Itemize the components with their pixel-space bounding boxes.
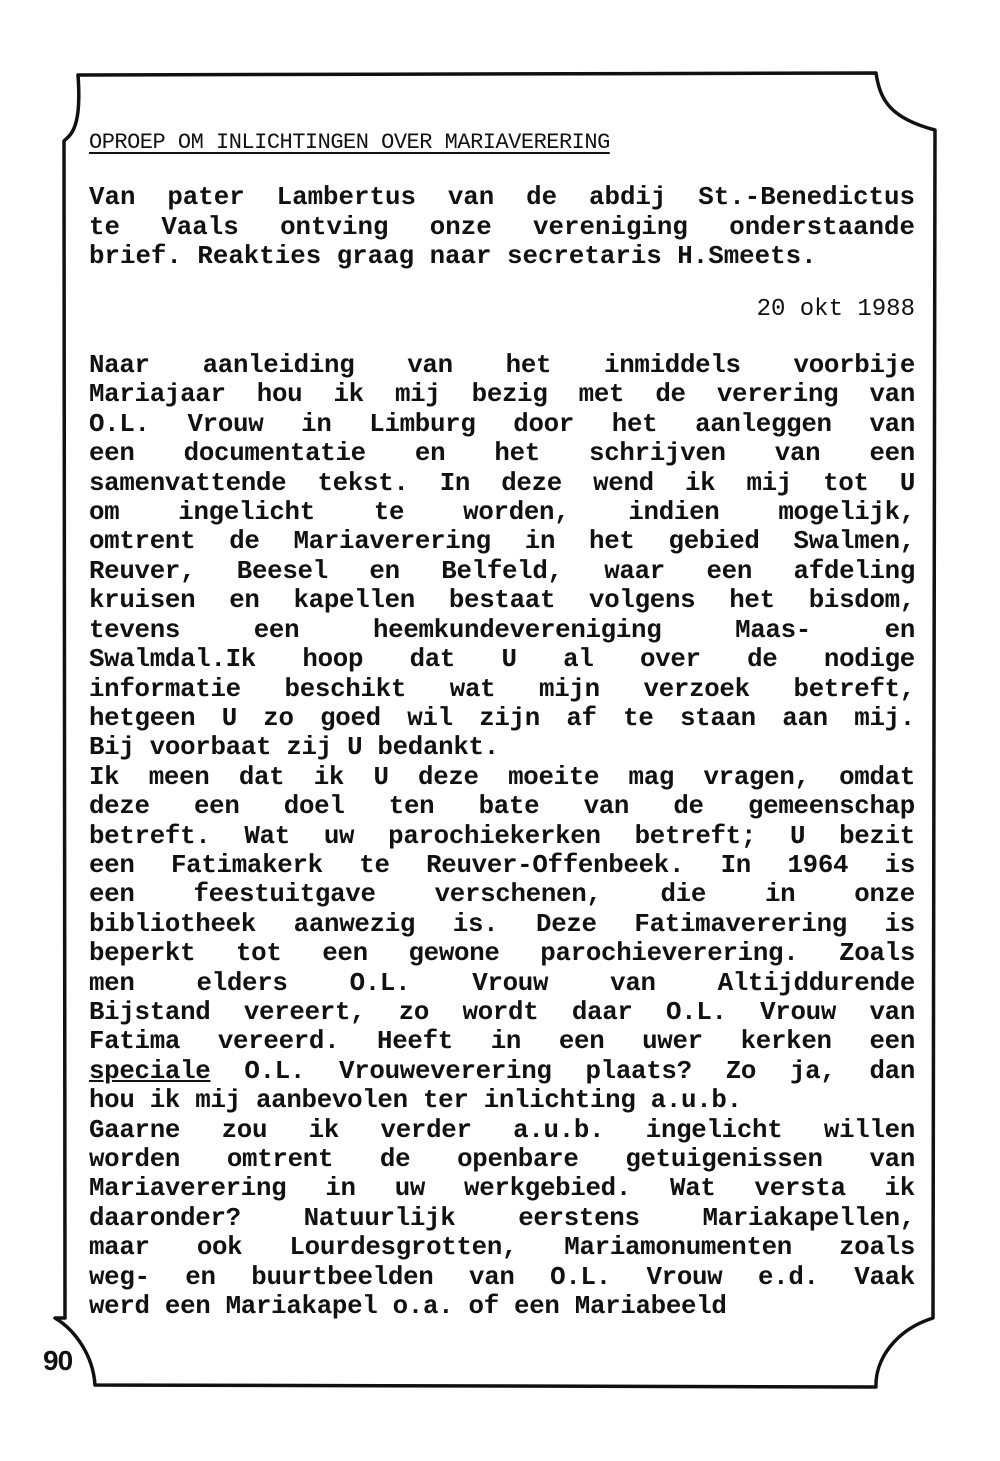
intro-line: te Vaals ontving onze vereniging onderst… xyxy=(89,213,915,242)
article: OPROEP OM INLICHTINGEN OVER MARIAVERERIN… xyxy=(89,128,915,1321)
body-line: Ik meen dat ik U deze moeite mag vragen,… xyxy=(89,763,915,792)
body-line: een feestuitgave verschenen, die in onze xyxy=(89,880,915,909)
body-line: deze een doel ten bate van de gemeenscha… xyxy=(89,792,915,821)
body-line: Mariaverering in uw werkgebied. Wat vers… xyxy=(89,1174,915,1203)
body-line: beperkt tot een gewone parochieverering.… xyxy=(89,939,915,968)
body-line: betreft. Wat uw parochiekerken betreft; … xyxy=(89,822,915,851)
body-line: om ingelicht te worden, indien mogelijk, xyxy=(89,498,915,527)
body-line: werd een Mariakapel o.a. of een Mariabee… xyxy=(89,1292,915,1321)
body-line: Fatima vereerd. Heeft in een uwer kerken… xyxy=(89,1027,915,1056)
body-line: een Fatimakerk te Reuver-Offenbeek. In 1… xyxy=(89,851,915,880)
body-line: Naar aanleiding van het inmiddels voorbi… xyxy=(89,351,915,380)
intro-paragraph: Van pater Lambertus van de abdij St.-Ben… xyxy=(89,183,915,271)
body-line: kruisen en kapellen bestaat volgens het … xyxy=(89,586,915,615)
body-line: hetgeen U zo goed wil zijn af te staan a… xyxy=(89,704,915,733)
letter-body: Naar aanleiding van het inmiddels voorbi… xyxy=(89,351,915,1321)
body-line: men elders O.L. Vrouw van Altijddurende xyxy=(89,969,915,998)
body-line: een documentatie en het schrijven van ee… xyxy=(89,439,915,468)
intro-line: brief. Reakties graag naar secretaris H.… xyxy=(89,242,915,271)
body-line: bibliotheek aanwezig is. Deze Fatimavere… xyxy=(89,910,915,939)
body-line: weg- en buurtbeelden van O.L. Vrouw e.d.… xyxy=(89,1263,915,1292)
body-line: Swalmdal.Ik hoop dat U al over de nodige xyxy=(89,645,915,674)
page-number: 90 xyxy=(43,1345,72,1377)
body-line: Mariajaar hou ik mij bezig met de vereri… xyxy=(89,380,915,409)
body-line: daaronder? Natuurlijk eerstens Mariakape… xyxy=(89,1204,915,1233)
body-line: speciale O.L. Vrouweverering plaats? Zo … xyxy=(89,1057,915,1086)
body-line: omtrent de Mariaverering in het gebied S… xyxy=(89,527,915,556)
body-line: O.L. Vrouw in Limburg door het aanleggen… xyxy=(89,410,915,439)
article-title: OPROEP OM INLICHTINGEN OVER MARIAVERERIN… xyxy=(89,128,915,157)
body-line: Gaarne zou ik verder a.u.b. ingelicht wi… xyxy=(89,1116,915,1145)
underlined-word: speciale xyxy=(89,1057,210,1086)
body-line: tevens een heemkundevereniging Maas- en xyxy=(89,616,915,645)
body-line: worden omtrent de openbare getuigenissen… xyxy=(89,1145,915,1174)
intro-line: Van pater Lambertus van de abdij St.-Ben… xyxy=(89,183,915,212)
letter-date: 20 okt 1988 xyxy=(89,295,915,324)
body-line: Bij voorbaat zij U bedankt. xyxy=(89,733,915,762)
body-line: samenvattende tekst. In deze wend ik mij… xyxy=(89,469,915,498)
body-line: maar ook Lourdesgrotten, Mariamonumenten… xyxy=(89,1233,915,1262)
body-line: informatie beschikt wat mijn verzoek bet… xyxy=(89,675,915,704)
body-line: Reuver, Beesel en Belfeld, waar een afde… xyxy=(89,557,915,586)
body-line: hou ik mij aanbevolen ter inlichting a.u… xyxy=(89,1086,915,1115)
body-line: Bijstand vereert, zo wordt daar O.L. Vro… xyxy=(89,998,915,1027)
